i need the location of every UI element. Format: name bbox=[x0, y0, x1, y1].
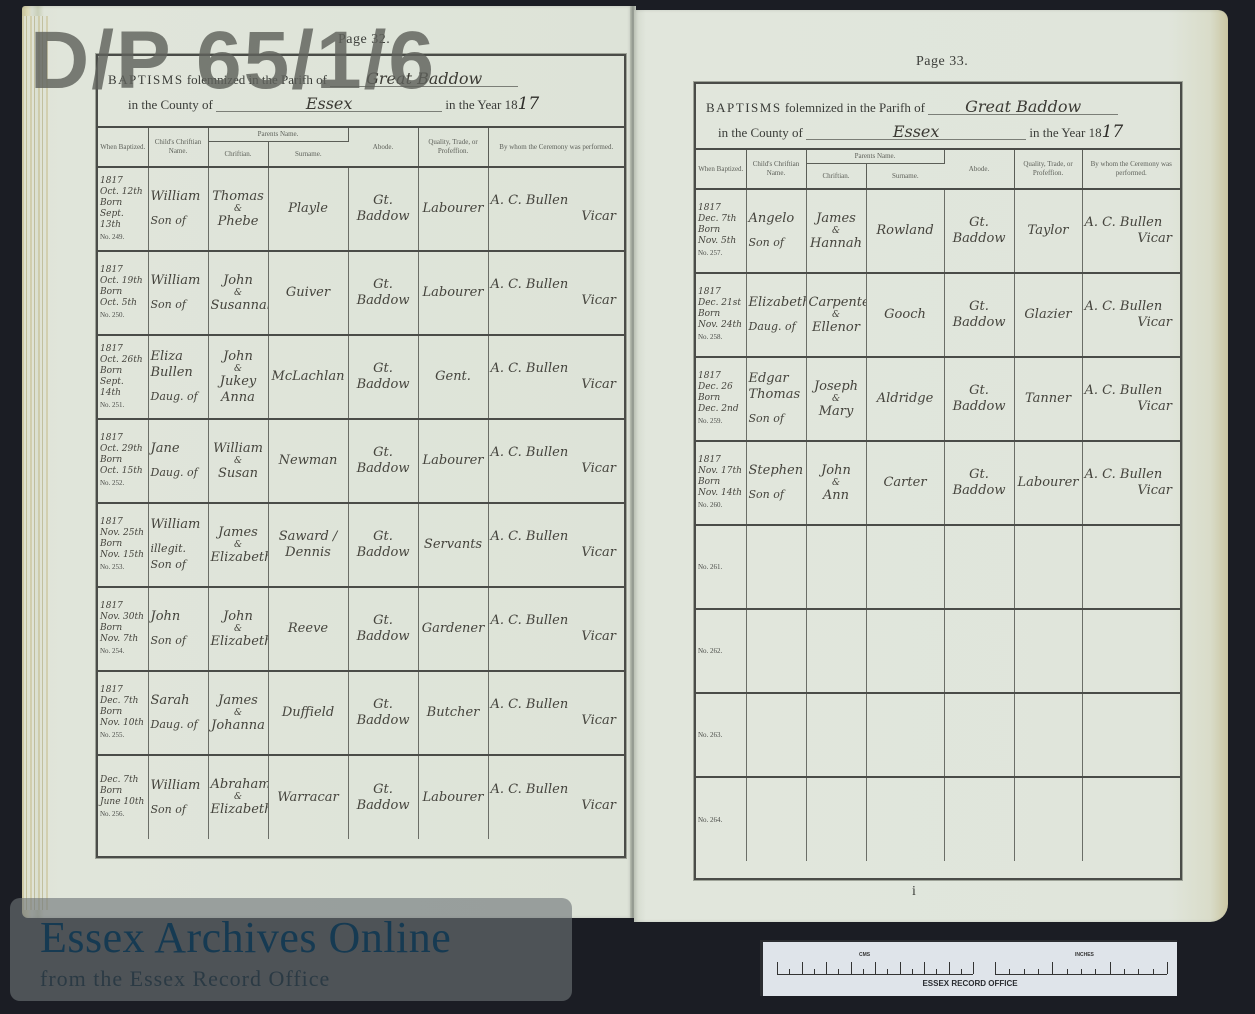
born-label: Born bbox=[100, 707, 146, 718]
mother-name: Ann bbox=[809, 488, 864, 504]
ruler-tick bbox=[1038, 969, 1039, 974]
ruler-tick bbox=[851, 962, 852, 974]
abode-cell: Gt. Baddow bbox=[944, 357, 1014, 441]
baptism-register-table-right: BAPTISMS folemnized in the Parifh of Gre… bbox=[694, 82, 1182, 880]
relation: Son of bbox=[151, 802, 206, 818]
minister-cell: A. C. BullenVicar bbox=[488, 167, 624, 251]
baptism-date: Dec. 26 bbox=[698, 382, 744, 393]
ampersand: & bbox=[211, 541, 266, 550]
minister-name: A. C. Bullen bbox=[491, 277, 622, 293]
ampersand: & bbox=[809, 479, 864, 488]
register-table: When Baptized. Child's Chriftian Name. P… bbox=[98, 128, 624, 839]
baptism-year: 1817 bbox=[100, 601, 146, 612]
when-baptized-cell: No. 264. bbox=[696, 777, 746, 861]
col-when-baptized: When Baptized. bbox=[98, 128, 148, 167]
parish-register-book: Page 32. BAPTISMS folemnized in the Pari… bbox=[22, 6, 1230, 924]
quality-cell bbox=[1014, 693, 1082, 777]
mother-name: Johanna bbox=[211, 718, 266, 734]
parents-christian-cell: William&Susan bbox=[208, 419, 268, 503]
child-name-cell: ElizabethDaug. of bbox=[746, 273, 806, 357]
abode-cell: Gt. Baddow bbox=[348, 503, 418, 587]
ruler-tick bbox=[1052, 962, 1053, 974]
col-abode: Abode. bbox=[944, 150, 1014, 189]
parents-christian-cell: James&Hannah bbox=[806, 189, 866, 273]
ruler-tick bbox=[789, 969, 790, 974]
baptism-date: Oct. 29th bbox=[100, 444, 146, 455]
parents-christian-cell: James&Johanna bbox=[208, 671, 268, 755]
abode-cell bbox=[944, 693, 1014, 777]
relation: Daug. of bbox=[749, 319, 804, 335]
when-baptized-cell: 1817Oct. 19thBornOct. 5thNo. 250. bbox=[98, 251, 148, 335]
relation: Daug. of bbox=[151, 389, 206, 405]
born-label: Born bbox=[100, 455, 146, 466]
inch-ruler bbox=[995, 960, 1167, 975]
minister-name: A. C. Bullen bbox=[1085, 467, 1178, 483]
ruler-tick bbox=[1095, 969, 1096, 974]
minister-cell: A. C. BullenVicar bbox=[488, 251, 624, 335]
mother-name: Jukey Anna bbox=[211, 374, 266, 406]
parents-christian-cell: Carpenter&Ellenor bbox=[806, 273, 866, 357]
entry-number: No. 251. bbox=[100, 400, 146, 411]
register-table: When Baptized. Child's Chriftian Name. P… bbox=[696, 150, 1180, 861]
quality-cell bbox=[1014, 777, 1082, 861]
minister-title: Vicar bbox=[1085, 483, 1178, 499]
surname-cell bbox=[866, 777, 944, 861]
child-name: Edgar Thomas bbox=[749, 371, 804, 403]
birth-date: Oct. 15th bbox=[100, 466, 146, 477]
ruler-tick bbox=[1067, 969, 1068, 974]
col-by-whom: By whom the Ceremony was performed. bbox=[1082, 150, 1180, 189]
when-baptized-cell: No. 262. bbox=[696, 609, 746, 693]
minister-cell: A. C. BullenVicar bbox=[1082, 441, 1180, 525]
child-name-cell: Edgar ThomasSon of bbox=[746, 357, 806, 441]
father-name: Joseph bbox=[809, 379, 864, 395]
minister-title: Vicar bbox=[1085, 231, 1178, 247]
table-row: No. 264. bbox=[696, 777, 1180, 861]
relation: Son of bbox=[749, 487, 804, 503]
when-baptized-cell: 1817Oct. 29thBornOct. 15thNo. 252. bbox=[98, 419, 148, 503]
parents-christian-cell bbox=[806, 525, 866, 609]
page-edges bbox=[22, 16, 50, 910]
baptism-date: Oct. 19th bbox=[100, 276, 146, 287]
mother-name: Susan bbox=[211, 466, 266, 482]
birth-date: Sept. 14th bbox=[100, 377, 146, 399]
scale-office-label: ESSEX RECORD OFFICE bbox=[763, 979, 1177, 988]
minister-cell: A. C. BullenVicar bbox=[488, 587, 624, 671]
cm-ruler bbox=[777, 960, 973, 975]
child-name: Eliza Bullen bbox=[151, 349, 206, 381]
ruler-tick bbox=[777, 962, 778, 974]
child-name-cell: JaneDaug. of bbox=[148, 419, 208, 503]
register-entries: 1817Oct. 12thBornSept. 13thNo. 249.Willi… bbox=[98, 167, 624, 839]
parents-christian-cell: Thomas&Phebe bbox=[208, 167, 268, 251]
table-row: No. 262. bbox=[696, 609, 1180, 693]
child-name: Jane bbox=[151, 441, 206, 457]
table-row: 1817Nov. 30thBornNov. 7thNo. 254.JohnSon… bbox=[98, 587, 624, 671]
year-label: in the Year 18 bbox=[445, 97, 517, 112]
minister-cell: A. C. BullenVicar bbox=[488, 503, 624, 587]
minister-name: A. C. Bullen bbox=[1085, 383, 1178, 399]
mother-name: Elizabeth bbox=[211, 802, 266, 818]
baptism-year: 1817 bbox=[698, 287, 744, 298]
register-heading: BAPTISMS folemnized in the Parifh of Gre… bbox=[696, 84, 1180, 150]
quality-cell: Servants bbox=[418, 503, 488, 587]
father-name: John bbox=[211, 273, 266, 289]
year-value: 17 bbox=[518, 94, 540, 114]
parish-value: Great Baddow bbox=[928, 100, 1118, 115]
baptism-date: Dec. 7th bbox=[100, 696, 146, 707]
page-number: Page 33. bbox=[916, 54, 968, 70]
baptism-register-table-left: BAPTISMS folemnized in the Parifh of Gre… bbox=[96, 54, 626, 858]
birth-date: Sept. 13th bbox=[100, 209, 146, 231]
ruler-tick bbox=[802, 962, 803, 974]
minister-cell: A. C. BullenVicar bbox=[488, 671, 624, 755]
entry-number: No. 252. bbox=[100, 478, 146, 489]
child-name: Elizabeth bbox=[749, 295, 804, 311]
when-baptized-cell: 1817Nov. 17thBornNov. 14thNo. 260. bbox=[696, 441, 746, 525]
branding-banner: Essex Archives Online from the Essex Rec… bbox=[10, 898, 572, 1001]
ruler-tick bbox=[973, 962, 974, 974]
minister-title: Vicar bbox=[491, 209, 622, 225]
child-name-cell bbox=[746, 609, 806, 693]
child-name-cell: Williamillegit. Son of bbox=[148, 503, 208, 587]
minister-name: A. C. Bullen bbox=[491, 697, 622, 713]
born-label: Born bbox=[698, 225, 744, 236]
table-row: 1817Dec. 7thBornNov. 5thNo. 257.AngeloSo… bbox=[696, 189, 1180, 273]
child-name-cell bbox=[746, 777, 806, 861]
ruler-tick bbox=[924, 962, 925, 974]
entry-number: No. 256. bbox=[100, 809, 146, 820]
child-name: Stephen bbox=[749, 463, 804, 479]
col-abode: Abode. bbox=[348, 128, 418, 167]
ruler-tick bbox=[1024, 969, 1025, 974]
birth-date: Nov. 24th bbox=[698, 320, 744, 331]
birth-date: Oct. 5th bbox=[100, 298, 146, 309]
ampersand: & bbox=[809, 311, 864, 320]
entry-number: No. 257. bbox=[698, 248, 744, 259]
quality-cell: Labourer bbox=[418, 419, 488, 503]
right-page: Page 33. BAPTISMS folemnized in the Pari… bbox=[634, 10, 1228, 922]
minister-cell bbox=[1082, 525, 1180, 609]
ampersand: & bbox=[211, 205, 266, 214]
minister-cell: A. C. BullenVicar bbox=[1082, 273, 1180, 357]
minister-cell bbox=[1082, 693, 1180, 777]
child-name: William bbox=[151, 189, 206, 205]
minister-name: A. C. Bullen bbox=[491, 613, 622, 629]
relation: Son of bbox=[749, 411, 804, 427]
father-name: James bbox=[809, 211, 864, 227]
abode-cell: Gt. Baddow bbox=[348, 335, 418, 419]
when-baptized-cell: No. 261. bbox=[696, 525, 746, 609]
mother-name: Elizabeth bbox=[211, 550, 266, 566]
ruler-tick bbox=[863, 969, 864, 974]
ruler-tick bbox=[1167, 962, 1168, 974]
quality-cell: Butcher bbox=[418, 671, 488, 755]
minister-cell: A. C. BullenVicar bbox=[1082, 357, 1180, 441]
born-label: Born bbox=[100, 198, 146, 209]
year-value: 17 bbox=[1102, 122, 1124, 142]
entry-number: No. 260. bbox=[698, 500, 744, 511]
relation: illegit. Son of bbox=[151, 541, 206, 573]
baptism-year: 1817 bbox=[100, 433, 146, 444]
birth-date: Nov. 10th bbox=[100, 718, 146, 729]
minister-name: A. C. Bullen bbox=[491, 782, 622, 798]
minister-title: Vicar bbox=[491, 629, 622, 645]
mother-name: Mary bbox=[809, 404, 864, 420]
scale-bar: CMS INCHES ESSEX RECORD OFFICE bbox=[760, 940, 1177, 996]
brand-subtitle: from the Essex Record Office bbox=[40, 966, 330, 992]
baptism-year: 1817 bbox=[100, 517, 146, 528]
baptism-date: Oct. 12th bbox=[100, 187, 146, 198]
ruler-tick bbox=[1081, 969, 1082, 974]
parents-christian-cell: John&Jukey Anna bbox=[208, 335, 268, 419]
quality-cell: Labourer bbox=[418, 251, 488, 335]
when-baptized-cell: Dec. 7thBornJune 10thNo. 256. bbox=[98, 755, 148, 839]
cms-label: CMS bbox=[859, 952, 870, 958]
quality-cell: Gardener bbox=[418, 587, 488, 671]
table-row: 1817Oct. 12thBornSept. 13thNo. 249.Willi… bbox=[98, 167, 624, 251]
ruler-tick bbox=[995, 962, 996, 974]
quality-cell bbox=[1014, 525, 1082, 609]
surname-cell bbox=[866, 525, 944, 609]
col-child-name: Child's Chriftian Name. bbox=[148, 128, 208, 167]
mother-name: Elizabeth bbox=[211, 634, 266, 650]
mother-name: Ellenor bbox=[809, 320, 864, 336]
parents-christian-cell bbox=[806, 609, 866, 693]
birth-date: Nov. 14th bbox=[698, 488, 744, 499]
abode-cell bbox=[944, 777, 1014, 861]
minister-cell bbox=[1082, 609, 1180, 693]
ruler-tick bbox=[1124, 969, 1125, 974]
minister-title: Vicar bbox=[491, 461, 622, 477]
ruler-tick bbox=[961, 969, 962, 974]
born-label: Born bbox=[698, 393, 744, 404]
ruler-tick bbox=[838, 969, 839, 974]
child-name: William bbox=[151, 778, 206, 794]
ampersand: & bbox=[211, 289, 266, 298]
minister-name: A. C. Bullen bbox=[491, 445, 622, 461]
ruler-tick bbox=[887, 969, 888, 974]
table-row: 1817Oct. 29thBornOct. 15thNo. 252.JaneDa… bbox=[98, 419, 624, 503]
surname-cell: Duffield bbox=[268, 671, 348, 755]
county-line: in the County of Essex in the Year 1817 bbox=[718, 122, 1123, 142]
abode-cell: Gt. Baddow bbox=[348, 755, 418, 839]
minister-cell bbox=[1082, 777, 1180, 861]
ruler-tick bbox=[814, 969, 815, 974]
table-row: 1817Dec. 7thBornNov. 10thNo. 255.SarahDa… bbox=[98, 671, 624, 755]
father-name: Carpenter bbox=[809, 295, 864, 311]
born-label: Born bbox=[100, 786, 146, 797]
quality-cell: Glazier bbox=[1014, 273, 1082, 357]
born-label: Born bbox=[100, 287, 146, 298]
col-quality: Quality, Trade, or Profeffion. bbox=[418, 128, 488, 167]
born-label: Born bbox=[698, 477, 744, 488]
table-row: Dec. 7thBornJune 10thNo. 256.WilliamSon … bbox=[98, 755, 624, 839]
col-parents-christian: Chriftian. bbox=[806, 164, 866, 190]
baptism-date: Oct. 26th bbox=[100, 355, 146, 366]
entry-number: No. 255. bbox=[100, 730, 146, 741]
parents-christian-cell: John&Ann bbox=[806, 441, 866, 525]
minister-cell: A. C. BullenVicar bbox=[488, 419, 624, 503]
col-quality: Quality, Trade, or Profeffion. bbox=[1014, 150, 1082, 189]
baptisms-label: BAPTISMS bbox=[706, 100, 782, 115]
minister-title: Vicar bbox=[491, 377, 622, 393]
abode-cell: Gt. Baddow bbox=[348, 251, 418, 335]
surname-cell: Guiver bbox=[268, 251, 348, 335]
parents-christian-cell: Abraham&Elizabeth bbox=[208, 755, 268, 839]
father-name: James bbox=[211, 525, 266, 541]
relation: Daug. of bbox=[151, 717, 206, 733]
when-baptized-cell: 1817Dec. 21stBornNov. 24thNo. 258. bbox=[696, 273, 746, 357]
birth-date: Nov. 7th bbox=[100, 634, 146, 645]
when-baptized-cell: 1817Nov. 30thBornNov. 7thNo. 254. bbox=[98, 587, 148, 671]
parish-line: BAPTISMS folemnized in the Parifh of Gre… bbox=[706, 100, 1118, 116]
baptism-date: Dec. 21st bbox=[698, 298, 744, 309]
parents-christian-cell bbox=[806, 693, 866, 777]
child-name-cell: StephenSon of bbox=[746, 441, 806, 525]
entry-number: No. 262. bbox=[698, 646, 744, 657]
minister-name: A. C. Bullen bbox=[1085, 215, 1178, 231]
child-name: William bbox=[151, 273, 206, 289]
baptism-date: Nov. 17th bbox=[698, 466, 744, 477]
col-parents-name: Parents Name. bbox=[806, 150, 944, 164]
entry-number: No. 259. bbox=[698, 416, 744, 427]
ruler-tick bbox=[1110, 962, 1111, 974]
minister-title: Vicar bbox=[491, 545, 622, 561]
child-name: William bbox=[151, 517, 206, 533]
left-page: Page 32. BAPTISMS folemnized in the Pari… bbox=[22, 6, 632, 918]
child-name-cell: WilliamSon of bbox=[148, 755, 208, 839]
surname-cell bbox=[866, 693, 944, 777]
quality-cell: Tanner bbox=[1014, 357, 1082, 441]
entry-number: No. 249. bbox=[100, 232, 146, 243]
baptism-year: 1817 bbox=[698, 455, 744, 466]
baptism-year: 1817 bbox=[100, 176, 146, 187]
birth-date: June 10th bbox=[100, 797, 146, 808]
ampersand: & bbox=[809, 227, 864, 236]
parents-christian-cell: Joseph&Mary bbox=[806, 357, 866, 441]
child-name-cell: JohnSon of bbox=[148, 587, 208, 671]
entry-number: No. 258. bbox=[698, 332, 744, 343]
quality-cell: Labourer bbox=[418, 167, 488, 251]
child-name: John bbox=[151, 609, 206, 625]
quality-cell: Labourer bbox=[418, 755, 488, 839]
when-baptized-cell: 1817Oct. 12thBornSept. 13thNo. 249. bbox=[98, 167, 148, 251]
county-label: in the County of bbox=[718, 125, 803, 140]
relation: Son of bbox=[151, 213, 206, 229]
abode-cell: Gt. Baddow bbox=[348, 167, 418, 251]
child-name-cell bbox=[746, 693, 806, 777]
ruler-tick bbox=[912, 969, 913, 974]
parents-christian-cell: James&Elizabeth bbox=[208, 503, 268, 587]
father-name: James bbox=[211, 693, 266, 709]
surname-cell: McLachlan bbox=[268, 335, 348, 419]
child-name: Angelo bbox=[749, 211, 804, 227]
birth-date: Nov. 5th bbox=[698, 236, 744, 247]
table-row: No. 261. bbox=[696, 525, 1180, 609]
minister-title: Vicar bbox=[1085, 399, 1178, 415]
entry-number: No. 263. bbox=[698, 730, 744, 741]
baptism-date: Nov. 30th bbox=[100, 612, 146, 623]
document-reference: D/P 65/1/6 bbox=[30, 16, 436, 106]
ruler-tick bbox=[1009, 969, 1010, 974]
abode-cell: Gt. Baddow bbox=[944, 189, 1014, 273]
surname-cell: Gooch bbox=[866, 273, 944, 357]
year-label: in the Year 18 bbox=[1029, 125, 1101, 140]
minister-name: A. C. Bullen bbox=[491, 361, 622, 377]
surname-cell: Reeve bbox=[268, 587, 348, 671]
quality-cell: Labourer bbox=[1014, 441, 1082, 525]
surname-cell: Carter bbox=[866, 441, 944, 525]
surname-cell: Aldridge bbox=[866, 357, 944, 441]
minister-title: Vicar bbox=[491, 293, 622, 309]
ampersand: & bbox=[211, 793, 266, 802]
surname-cell: Playle bbox=[268, 167, 348, 251]
father-name: John bbox=[211, 349, 266, 365]
table-row: No. 263. bbox=[696, 693, 1180, 777]
abode-cell bbox=[944, 525, 1014, 609]
minister-title: Vicar bbox=[491, 798, 622, 814]
child-name-cell: WilliamSon of bbox=[148, 251, 208, 335]
ruler-tick bbox=[826, 962, 827, 974]
county-value: Essex bbox=[806, 125, 1026, 140]
when-baptized-cell: 1817Dec. 7thBornNov. 5thNo. 257. bbox=[696, 189, 746, 273]
entry-number: No. 254. bbox=[100, 646, 146, 657]
col-parents-name: Parents Name. bbox=[208, 128, 348, 142]
ruler-tick bbox=[949, 962, 950, 974]
inches-label: INCHES bbox=[1075, 952, 1094, 958]
entry-number: No. 250. bbox=[100, 310, 146, 321]
father-name: Abraham bbox=[211, 777, 266, 793]
child-name: Sarah bbox=[151, 693, 206, 709]
ruler-tick bbox=[936, 969, 937, 974]
father-name: John bbox=[809, 463, 864, 479]
father-name: Thomas bbox=[211, 189, 266, 205]
surname-cell: Saward / Dennis bbox=[268, 503, 348, 587]
mother-name: Phebe bbox=[211, 214, 266, 230]
ruler-tick bbox=[900, 962, 901, 974]
col-child-name: Child's Chriftian Name. bbox=[746, 150, 806, 189]
surname-cell: Rowland bbox=[866, 189, 944, 273]
register-entries: 1817Dec. 7thBornNov. 5thNo. 257.AngeloSo… bbox=[696, 189, 1180, 861]
born-label: Born bbox=[100, 366, 146, 377]
minister-cell: A. C. BullenVicar bbox=[488, 755, 624, 839]
ruler-tick bbox=[1138, 969, 1139, 974]
surname-cell: Newman bbox=[268, 419, 348, 503]
col-parents-christian: Chriftian. bbox=[208, 142, 268, 168]
baptism-date: Dec. 7th bbox=[698, 214, 744, 225]
baptism-year: 1817 bbox=[100, 344, 146, 355]
child-name-cell: AngeloSon of bbox=[746, 189, 806, 273]
col-when-baptized: When Baptized. bbox=[696, 150, 746, 189]
born-label: Born bbox=[100, 539, 146, 550]
entry-number: No. 261. bbox=[698, 562, 744, 573]
table-row: 1817Nov. 17thBornNov. 14thNo. 260.Stephe… bbox=[696, 441, 1180, 525]
relation: Son of bbox=[749, 235, 804, 251]
baptism-year: 1817 bbox=[100, 685, 146, 696]
col-by-whom: By whom the Ceremony was performed. bbox=[488, 128, 624, 167]
ampersand: & bbox=[211, 365, 266, 374]
abode-cell: Gt. Baddow bbox=[944, 273, 1014, 357]
baptism-year: 1817 bbox=[698, 203, 744, 214]
col-parents-surname: Surname. bbox=[866, 164, 944, 190]
ampersand: & bbox=[211, 457, 266, 466]
child-name-cell: WilliamSon of bbox=[148, 167, 208, 251]
mother-name: Hannah bbox=[809, 236, 864, 252]
minister-name: A. C. Bullen bbox=[491, 193, 622, 209]
baptism-year: 1817 bbox=[100, 265, 146, 276]
when-baptized-cell: No. 263. bbox=[696, 693, 746, 777]
